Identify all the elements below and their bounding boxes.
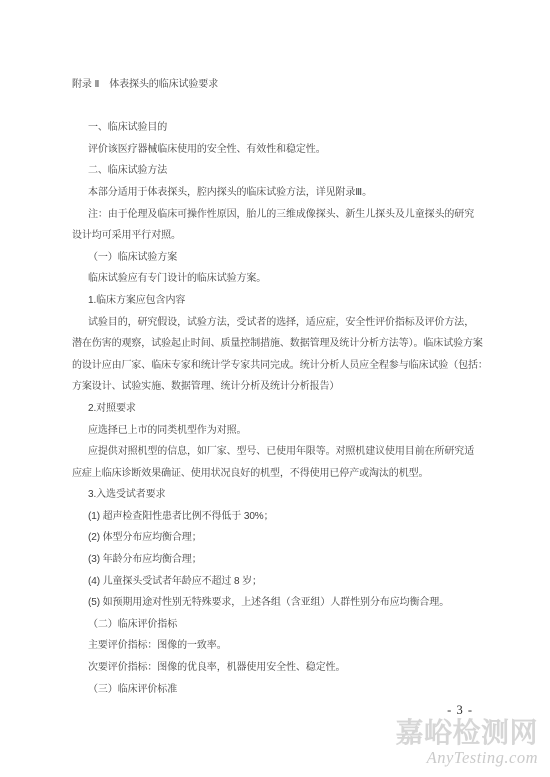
text-line: (2) 体型分布应均衡合理； (72, 527, 486, 549)
text-line: 1.临床方案应包含内容 (72, 290, 486, 312)
text-line: 本部分适用于体表探头，腔内探头的临床试验方法，详见附录Ⅲ。 (72, 182, 486, 204)
document-page: 附录 Ⅱ 体表探头的临床试验要求 一、临床试验目的评价该医疗器械临床使用的安全性… (0, 0, 550, 777)
text-line: 应症上临床诊断效果确证、使用状况良好的机型，不得使用已停产或淘汰的机型。 (72, 463, 486, 485)
document-body: 附录 Ⅱ 体表探头的临床试验要求 一、临床试验目的评价该医疗器械临床使用的安全性… (72, 74, 486, 700)
text-line: 注：由于伦理及临床可操作性原因，胎儿的三维成像探头、新生儿探头及儿童探头的研究 (72, 204, 486, 226)
text-line: 临床试验应有专门设计的临床试验方案。 (72, 268, 486, 290)
document-lines: 一、临床试验目的评价该医疗器械临床使用的安全性、有效性和稳定性。二、临床试验方法… (72, 117, 486, 700)
text-line: 二、临床试验方法 (72, 160, 486, 182)
text-line: 试验目的，研究假设，试验方法，受试者的选择，适应症，安全性评价指标及评价方法， (72, 312, 486, 334)
text-line: （三）临床评价标准 (72, 679, 486, 701)
text-line: (3) 年龄分布应均衡合理； (72, 549, 486, 571)
text-line: 3.入选受试者要求 (72, 484, 486, 506)
watermark: 嘉峪检测网 AnyTesting.com (395, 719, 538, 767)
text-line: 主要评价指标：图像的一致率。 (72, 635, 486, 657)
text-line: (4) 儿童探头受试者年龄应不超过 8 岁； (72, 571, 486, 593)
text-line: 潜在伤害的观察，试验起止时间、质量控制措施、数据管理及统计分析方法等）。临床试验… (72, 333, 486, 355)
text-line: 设计均可采用平行对照。 (72, 225, 486, 247)
text-line: （一）临床试验方案 (72, 247, 486, 269)
text-line: 应选择已上市的同类机型作为对照。 (72, 420, 486, 442)
text-line: 的设计应由厂家、临床专家和统计学专家共同完成。统计分析人员应全程参与临床试验（包… (72, 355, 486, 377)
text-line: 方案设计、试验实施、数据管理、统计分析及统计分析报告） (72, 376, 486, 398)
watermark-site-name: 嘉峪检测网 (395, 719, 538, 747)
text-line: 评价该医疗器械临床使用的安全性、有效性和稳定性。 (72, 139, 486, 161)
text-line: 一、临床试验目的 (72, 117, 486, 139)
text-line: 次要评价指标：图像的优良率，机器使用安全性、稳定性。 (72, 657, 486, 679)
text-line: 应提供对照机型的信息，如厂家、型号、已使用年限等。对照机建议使用目前在所研究适 (72, 441, 486, 463)
text-line: (1) 超声检查阳性患者比例不得低于 30%； (72, 506, 486, 528)
page-number: - 3 - (447, 703, 473, 718)
text-line: （二）临床评价指标 (72, 614, 486, 636)
text-line: 2.对照要求 (72, 398, 486, 420)
document-title: 附录 Ⅱ 体表探头的临床试验要求 (72, 74, 486, 96)
watermark-site-domain: AnyTesting.com (395, 750, 538, 767)
text-line: (5) 如预期用途对性别无特殊要求，上述各组（含亚组）人群性别分布应均衡合理。 (72, 592, 486, 614)
